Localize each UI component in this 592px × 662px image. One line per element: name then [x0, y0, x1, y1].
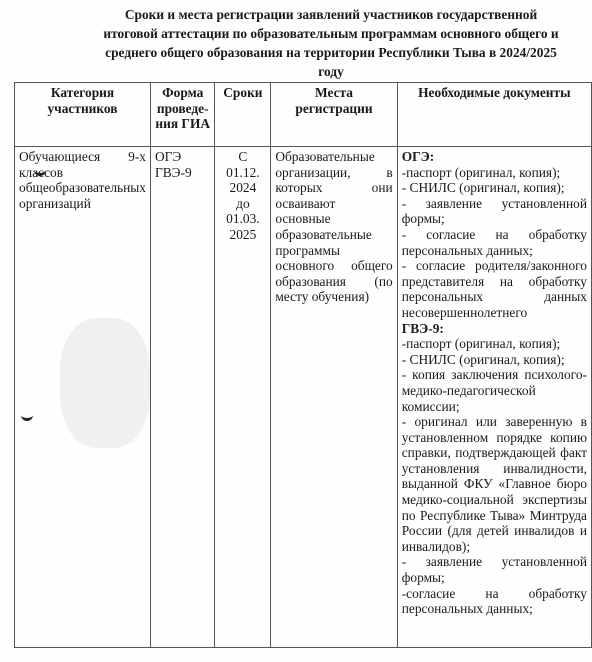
date-part: 2024: [219, 180, 266, 196]
header-category: Категория участников: [15, 83, 151, 147]
document-item: - копия заключения психолого-медико-педа…: [402, 367, 587, 414]
document-item: - СНИЛС (оригинал, копия);: [402, 180, 587, 196]
document-item: - СНИЛС (оригинал, копия);: [402, 352, 587, 368]
form-oge: ОГЭ: [155, 149, 210, 165]
date-part: 01.03.: [219, 211, 266, 227]
documents-gve-heading: ГВЭ-9:: [402, 321, 587, 337]
date-part: 2025: [219, 227, 266, 243]
header-documents: Необходимые документы: [397, 83, 591, 147]
document-item: -согласие на обработку персональных данн…: [402, 586, 587, 617]
header-dates: Сроки: [215, 83, 271, 147]
scan-smudge: [60, 318, 150, 448]
document-item: -паспорт (оригинал, копия);: [402, 336, 587, 352]
document-item: -паспорт (оригинал, копия);: [402, 165, 587, 181]
document-item: - оригинал или заверенную в установленно…: [402, 414, 587, 554]
document-item: - согласие родителя/законного представит…: [402, 258, 587, 320]
document-item: - заявление установленной формы;: [402, 196, 587, 227]
form-gve: ГВЭ-9: [155, 165, 210, 181]
table-header-row: Категория участников Форма проведе­ния Г…: [15, 83, 592, 147]
cell-dates: С 01.12. 2024 до 01.03. 2025: [215, 147, 271, 648]
document-item: - согласие на обработку персональных дан…: [402, 227, 587, 258]
document-item: - заявление установленной формы;: [402, 554, 587, 585]
document-title: Сроки и места регистрации заявлений учас…: [96, 5, 566, 81]
date-part: 01.12.: [219, 165, 266, 181]
documents-oge-heading: ОГЭ:: [402, 149, 587, 165]
cell-documents: ОГЭ: -паспорт (оригинал, копия); - СНИЛС…: [397, 147, 591, 648]
header-form: Форма проведе­ния ГИА: [151, 83, 215, 147]
date-part: С: [219, 149, 266, 165]
cell-form: ОГЭ ГВЭ-9: [151, 147, 215, 648]
header-places: Места регистрации: [271, 83, 397, 147]
cell-places: Образовательные организации, в которых о…: [271, 147, 397, 648]
date-part: до: [219, 196, 266, 212]
